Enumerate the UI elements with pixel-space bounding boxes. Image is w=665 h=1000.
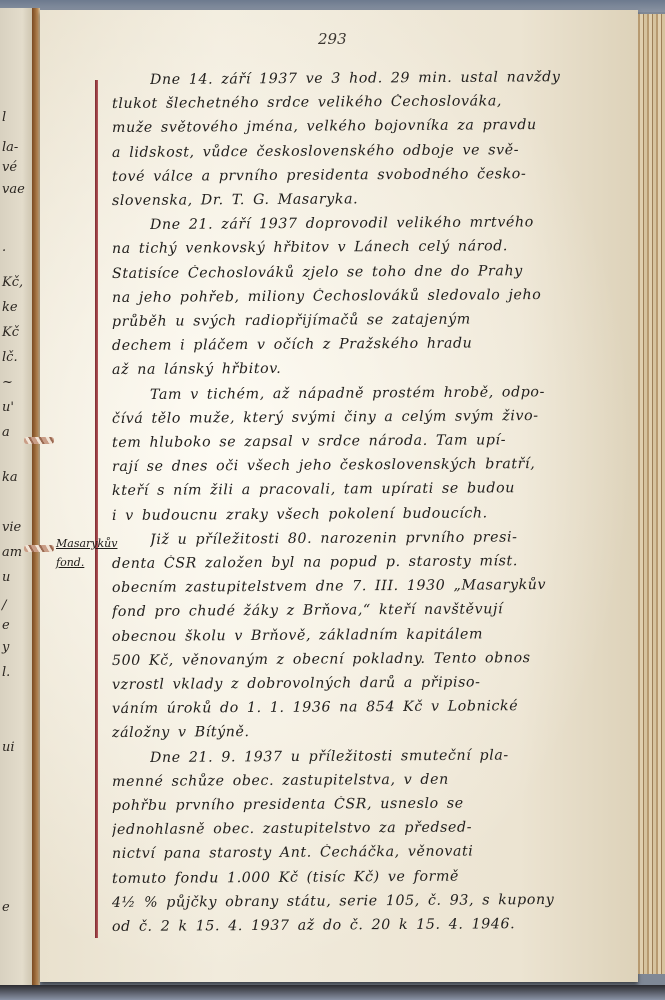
- text-line: Tam v tichém, až nápadně prostém hrobě, …: [150, 383, 646, 402]
- text-line: na jeho pohřeb, miliony Čechoslováků sle…: [112, 286, 646, 306]
- left-page-text-fragment: l: [2, 110, 6, 125]
- page-number: 293: [318, 30, 347, 48]
- left-page-text-fragment: y: [2, 640, 9, 655]
- left-page-text-fragment: ui: [2, 740, 15, 755]
- book-gutter: [32, 8, 40, 986]
- left-page-text-fragment: Kč: [2, 325, 19, 340]
- left-page-edge: lla-vévae.Kč,keKčlč.~u'akavieamu/eyl.uie: [0, 8, 32, 986]
- binding-stitch-lower: [24, 545, 54, 552]
- left-page-text-fragment: e: [2, 618, 10, 633]
- backdrop-bottom: [0, 985, 665, 1000]
- left-page-text-fragment: a: [2, 425, 10, 440]
- text-line: 4½ % půjčky obrany státu, serie 105, č. …: [112, 891, 646, 911]
- left-page-text-fragment: Kč,: [2, 275, 23, 290]
- left-page-text-fragment: u: [2, 570, 10, 585]
- left-page-text-fragment: vae: [2, 182, 25, 197]
- text-line: a lidskost, vůdce československého odboj…: [112, 141, 646, 161]
- left-page-text-fragment: la-: [2, 140, 18, 155]
- text-line: 500 Kč, věnovaným z obecní pokladny. Ten…: [112, 649, 646, 669]
- text-line: tomuto fondu 1.000 Kč (tisíc Kč) ve form…: [112, 867, 646, 887]
- text-line: menné schůze obec. zastupitelstva, v den: [112, 770, 646, 790]
- left-page-text-fragment: am: [2, 545, 22, 560]
- text-line: i v budoucnu zraky všech pokolení budouc…: [112, 504, 646, 524]
- binding-stitch-upper: [24, 437, 54, 444]
- red-margin-rule: [95, 80, 98, 938]
- margin-note-line-2: fond.: [56, 556, 84, 569]
- left-page-text-fragment: .: [2, 240, 6, 255]
- text-line: tové válce a prvního presidenta svobodné…: [112, 165, 646, 185]
- left-page-text-fragment: u': [2, 400, 14, 415]
- left-page-text-fragment: vé: [2, 160, 17, 175]
- left-page-text-fragment: ka: [2, 470, 18, 485]
- left-page-text-fragment: e: [2, 900, 10, 915]
- left-page-text-fragment: ke: [2, 300, 18, 315]
- left-page-text-fragment: vie: [2, 520, 21, 535]
- left-page-text-fragment: l.: [2, 665, 10, 680]
- left-page-text-fragment: /: [2, 598, 6, 613]
- text-line: čívá tělo muže, který svými činy a celým…: [112, 407, 646, 427]
- left-page-text-fragment: lč.: [2, 350, 18, 365]
- text-line: Již u příležitosti 80. narozenin prvního…: [150, 528, 646, 547]
- text-line: Dne 21. 9. 1937 u příležitosti smuteční …: [150, 746, 646, 765]
- text-line: Statisíce Čechoslováků zjelo se toho dne…: [112, 262, 646, 282]
- margin-note-line-1: Masarykův: [56, 537, 117, 550]
- text-line: obecnou školu v Brňově, základním kapitá…: [112, 625, 646, 645]
- left-page-text-fragment: ~: [2, 375, 13, 390]
